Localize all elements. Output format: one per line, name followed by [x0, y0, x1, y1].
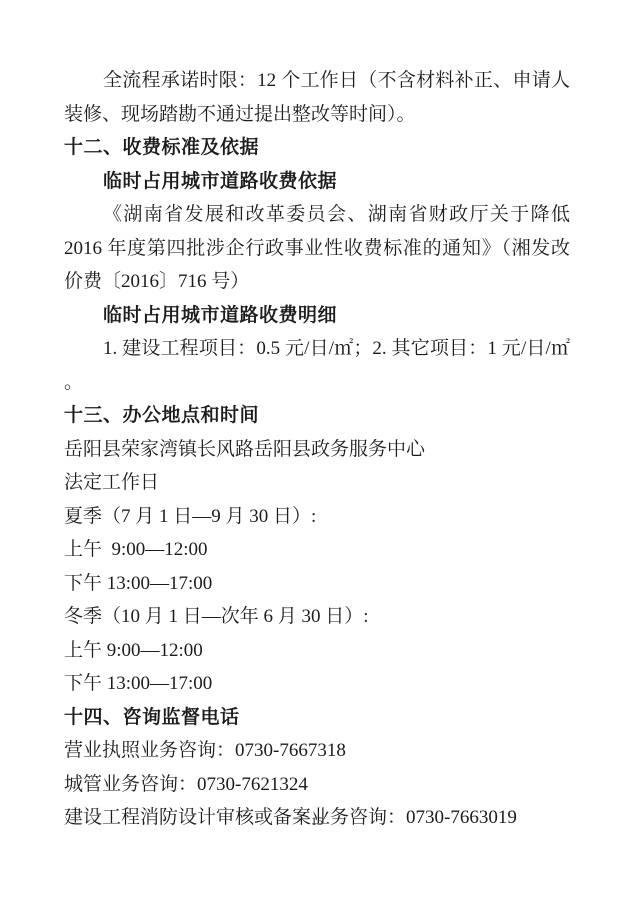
subheading-road-fee-detail: 临时占用城市道路收费明细	[103, 299, 570, 333]
para-summer-schedule: 夏季（7 月 1 日—9 月 30 日）:	[64, 500, 570, 534]
para-winter-morning-hours: 上午 9:00—12:00	[64, 634, 570, 668]
para-winter-afternoon-hours: 下午 13:00—17:00	[64, 667, 570, 701]
page-number: 15	[0, 814, 634, 829]
para-fee-basis-document: 《湖南省发展和改革委员会、湖南省财政厅关于降低 2016 年度第四批涉企行政事业…	[64, 198, 570, 299]
para-winter-schedule: 冬季（10 月 1 日—次年 6 月 30 日）:	[64, 600, 570, 634]
subheading-road-fee-basis: 临时占用城市道路收费依据	[103, 165, 570, 199]
para-phone-business-license: 营业执照业务咨询：0730-7667318	[64, 734, 570, 768]
para-summer-morning-hours: 上午 9:00—12:00	[64, 533, 570, 567]
document-content: 全流程承诺时限：12 个工作日（不含材料补正、申请人装修、现场踏勘不通过提出整改…	[64, 64, 570, 835]
document-page: 全流程承诺时限：12 个工作日（不含材料补正、申请人装修、现场踏勘不通过提出整改…	[0, 0, 634, 898]
para-working-days: 法定工作日	[64, 466, 570, 500]
heading-section-14-phones: 十四、咨询监督电话	[64, 701, 570, 735]
para-commitment-time: 全流程承诺时限：12 个工作日（不含材料补正、申请人装修、现场踏勘不通过提出整改…	[64, 64, 570, 131]
para-phone-city-management: 城管业务咨询：0730-7621324	[64, 768, 570, 802]
para-fee-detail: 1. 建设工程项目：0.5 元/日/㎡；2. 其它项目：1 元/日/㎡ 。	[64, 332, 570, 399]
para-office-address: 岳阳县荣家湾镇长风路岳阳县政务服务中心	[64, 433, 570, 467]
para-summer-afternoon-hours: 下午 13:00—17:00	[64, 567, 570, 601]
heading-section-13-office: 十三、办公地点和时间	[64, 399, 570, 433]
heading-section-12-fees: 十二、收费标准及依据	[64, 131, 570, 165]
